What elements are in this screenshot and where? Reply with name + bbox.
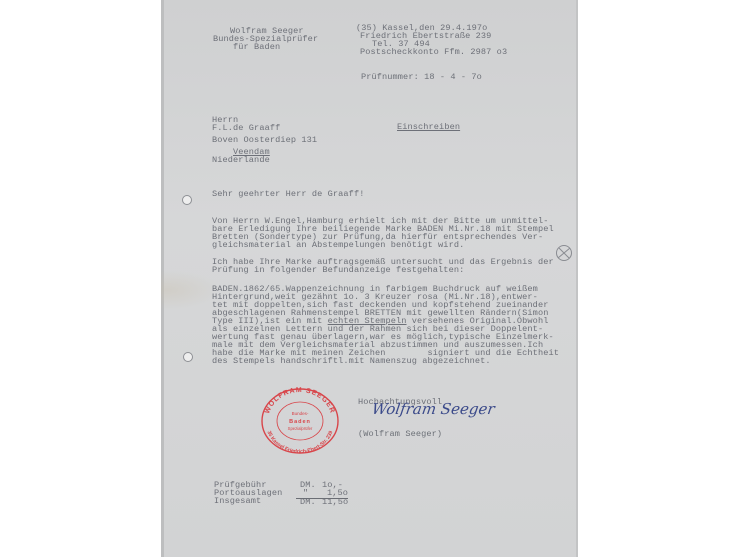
svg-text:35 Kassel Friedrich-Ebert-Str.: 35 Kassel Friedrich-Ebert-Str. 239 <box>266 430 335 455</box>
fee-label: Insgesamt <box>214 497 261 506</box>
test-number: Prüfnummer: 18 - 4 - 7o <box>361 73 482 82</box>
paragraph-line: des Stempels handschriftl.mit Namenszug … <box>212 357 491 366</box>
recipient-name: F.L.de Graaff <box>212 124 280 133</box>
registered-label: Einschreiben <box>397 123 460 132</box>
handwritten-signature: Wolfram Seeger <box>371 400 496 418</box>
punch-hole-top <box>182 195 192 205</box>
recipient-country: Niederlande <box>212 156 270 165</box>
greeting: Sehr geehrter Herr de Graaff! <box>212 190 364 199</box>
fee-currency: DM. <box>300 498 316 507</box>
inspector-stamp: WOLFRAM SEEGER 35 Kassel Friedrich-Ebert… <box>258 385 342 455</box>
paragraph-line: Prüfung in folgender Befundanzeige festg… <box>212 266 464 275</box>
svg-text:Bundes-: Bundes- <box>292 411 309 416</box>
punch-hole-bottom <box>183 352 193 362</box>
paragraph-line: gleichsmaterial an Abstempelungen benöti… <box>212 241 464 250</box>
postal-account: Postscheckkonto Ffm. 2987 o3 <box>360 48 507 57</box>
letter-page <box>161 0 578 557</box>
sender-region: für Baden <box>233 43 280 52</box>
svg-text:Spezialprüfer: Spezialprüfer <box>288 426 313 431</box>
recipient-street: Boven Oosterdiep 131 <box>212 136 317 145</box>
fee-amount: 11,5o <box>322 498 348 507</box>
typed-signature: (Wolfram Seeger) <box>358 430 442 439</box>
circled-cross-mark-icon <box>554 243 574 263</box>
svg-text:Baden: Baden <box>289 419 311 425</box>
